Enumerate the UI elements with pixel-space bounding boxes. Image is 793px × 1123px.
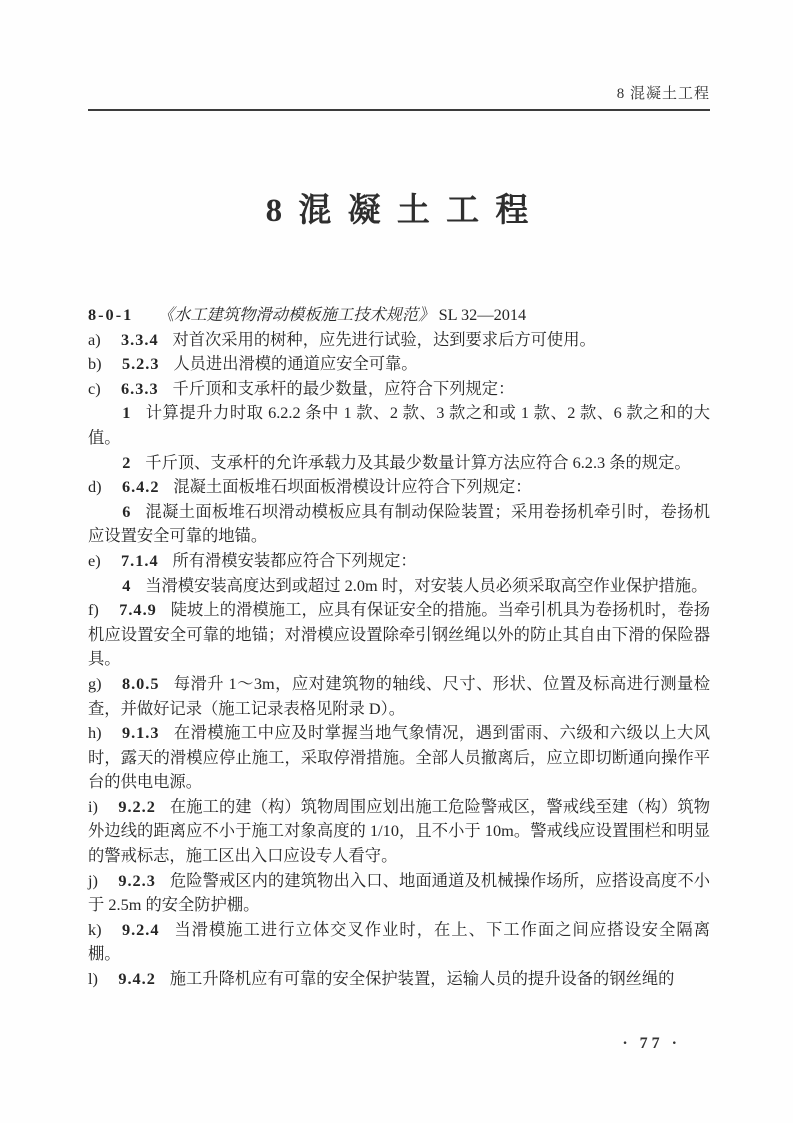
item-letter: g)	[88, 674, 102, 693]
clause-item: l)9.4.2施工升降机应有可靠的安全保护装置，运输人员的提升设备的钢丝绳的	[88, 967, 710, 992]
clause-number: 9.4.2	[118, 969, 156, 988]
clause-item: i)9.2.2在施工的建（构）筑物周围应划出施工危险警戒区，警戒线至建（构）筑物…	[88, 795, 710, 869]
clause-text: 混凝土面板堆石坝面板滑模设计应符合下列规定：	[173, 477, 531, 496]
clause-number: 4	[122, 576, 131, 595]
clause-text: 计算提升力时取 6.2.2 条中 1 款、2 款、3 款之和或 1 款、2 款、…	[88, 403, 710, 447]
reference-id: 8-0-1	[88, 305, 133, 324]
sub-clause: 1计算提升力时取 6.2.2 条中 1 款、2 款、3 款之和或 1 款、2 款…	[88, 401, 710, 450]
clause-item: j)9.2.3危险警戒区内的建筑物出入口、地面通道及机械操作场所，应搭设高度不小…	[88, 869, 710, 918]
item-letter: a)	[88, 330, 101, 349]
item-letter: k)	[88, 920, 102, 939]
clause-number: 1	[122, 403, 131, 422]
clause-text: 危险警戒区内的建筑物出入口、地面通道及机械操作场所，应搭设高度不小于 2.5m …	[88, 871, 710, 915]
clause-text: 混凝土面板堆石坝滑动模板应具有制动保险装置；采用卷扬机牵引时，卷扬机应设置安全可…	[88, 502, 710, 546]
clause-text: 千斤顶和支承杆的最少数量，应符合下列规定：	[172, 379, 514, 398]
clause-number: 6	[122, 502, 131, 521]
item-letter: j)	[88, 871, 98, 890]
item-letter: e)	[88, 551, 101, 570]
clause-number: 9.2.3	[118, 871, 156, 890]
document-page: 8 混凝土工程 8 混 凝 土 工 程 8-0-1《水工建筑物滑动模板施工技术规…	[0, 0, 793, 1123]
clause-item: k)9.2.4当滑模施工进行立体交叉作业时，在上、下工作面之间应搭设安全隔离棚。	[88, 918, 710, 967]
clause-text: 人员进出滑模的通道应安全可靠。	[173, 354, 417, 373]
clause-item: f)7.4.9陡坡上的滑模施工，应具有保证安全的措施。当牵引机具为卷扬机时，卷扬…	[88, 598, 710, 672]
clause-number: 8.0.5	[122, 674, 160, 693]
running-header: 8 混凝土工程	[88, 0, 710, 102]
clause-number: 9.2.2	[118, 797, 156, 816]
clause-item: b)5.2.3人员进出滑模的通道应安全可靠。	[88, 352, 710, 377]
standard-title: 《水工建筑物滑动模板施工技术规范》	[158, 305, 435, 324]
item-letter: l)	[88, 969, 98, 988]
clause-text: 千斤顶、支承杆的允许承载力及其最少数量计算方法应符合 6.2.3 条的规定。	[145, 453, 690, 472]
clause-text: 当滑模施工进行立体交叉作业时，在上、下工作面之间应搭设安全隔离棚。	[88, 920, 710, 964]
item-letter: i)	[88, 797, 98, 816]
sub-clause: 6混凝土面板堆石坝滑动模板应具有制动保险装置；采用卷扬机牵引时，卷扬机应设置安全…	[88, 500, 710, 549]
clause-item: g)8.0.5每滑升 1～3m，应对建筑物的轴线、尺寸、形状、位置及标高进行测量…	[88, 672, 710, 721]
sub-clause: 2千斤顶、支承杆的允许承载力及其最少数量计算方法应符合 6.2.3 条的规定。	[88, 451, 710, 476]
clause-number: 9.1.3	[122, 723, 160, 742]
clause-text: 每滑升 1～3m，应对建筑物的轴线、尺寸、形状、位置及标高进行测量检查，并做好记…	[88, 674, 710, 718]
page-number: · 77 ·	[622, 1035, 681, 1053]
standard-code: SL 32—2014	[435, 305, 527, 324]
item-letter: c)	[88, 379, 101, 398]
clause-item: d)6.4.2混凝土面板堆石坝面板滑模设计应符合下列规定：	[88, 475, 710, 500]
body-entries: 8-0-1《水工建筑物滑动模板施工技术规范》 SL 32—2014a)3.3.4…	[88, 303, 710, 992]
clause-text: 所有滑模安装都应符合下列规定：	[172, 551, 416, 570]
clause-text: 在施工的建（构）筑物周围应划出施工危险警戒区，警戒线至建（构）筑物外边线的距离应…	[88, 797, 710, 865]
header-rule	[88, 109, 710, 111]
clause-item: c)6.3.3千斤顶和支承杆的最少数量，应符合下列规定：	[88, 377, 710, 402]
clause-number: 6.4.2	[122, 477, 160, 496]
item-letter: h)	[88, 723, 102, 742]
clause-text: 施工升降机应有可靠的安全保护装置，运输人员的提升设备的钢丝绳的	[170, 969, 675, 988]
clause-number: 7.1.4	[121, 551, 159, 570]
item-letter: f)	[88, 600, 99, 619]
clause-text: 当滑模安装高度达到或超过 2.0m 时，对安装人员必须采取高空作业保护措施。	[145, 576, 707, 595]
chapter-title: 8 混 凝 土 工 程	[88, 191, 710, 231]
clause-text: 在滑模施工中应及时掌握当地气象情况，遇到雷雨、六级和六级以上大风时，露天的滑模应…	[88, 723, 710, 791]
clause-number: 6.3.3	[121, 379, 159, 398]
clause-text: 对首次采用的树种，应先进行试验，达到要求后方可使用。	[172, 330, 595, 349]
item-letter: b)	[88, 354, 102, 373]
clause-number: 9.2.4	[122, 920, 160, 939]
clause-text: 陡坡上的滑模施工，应具有保证安全的措施。当牵引机具为卷扬机时，卷扬机应设置安全可…	[88, 600, 710, 668]
clause-item: h)9.1.3在滑模施工中应及时掌握当地气象情况，遇到雷雨、六级和六级以上大风时…	[88, 721, 710, 795]
clause-item: a)3.3.4对首次采用的树种，应先进行试验，达到要求后方可使用。	[88, 328, 710, 353]
clause-item: e)7.1.4所有滑模安装都应符合下列规定：	[88, 549, 710, 574]
clause-number: 2	[122, 453, 131, 472]
item-letter: d)	[88, 477, 102, 496]
clause-number: 7.4.9	[119, 600, 157, 619]
sub-clause: 4当滑模安装高度达到或超过 2.0m 时，对安装人员必须采取高空作业保护措施。	[88, 574, 710, 599]
clause-number: 5.2.3	[122, 354, 160, 373]
clause-number: 3.3.4	[121, 330, 159, 349]
reference-line: 8-0-1《水工建筑物滑动模板施工技术规范》 SL 32—2014	[88, 303, 710, 328]
